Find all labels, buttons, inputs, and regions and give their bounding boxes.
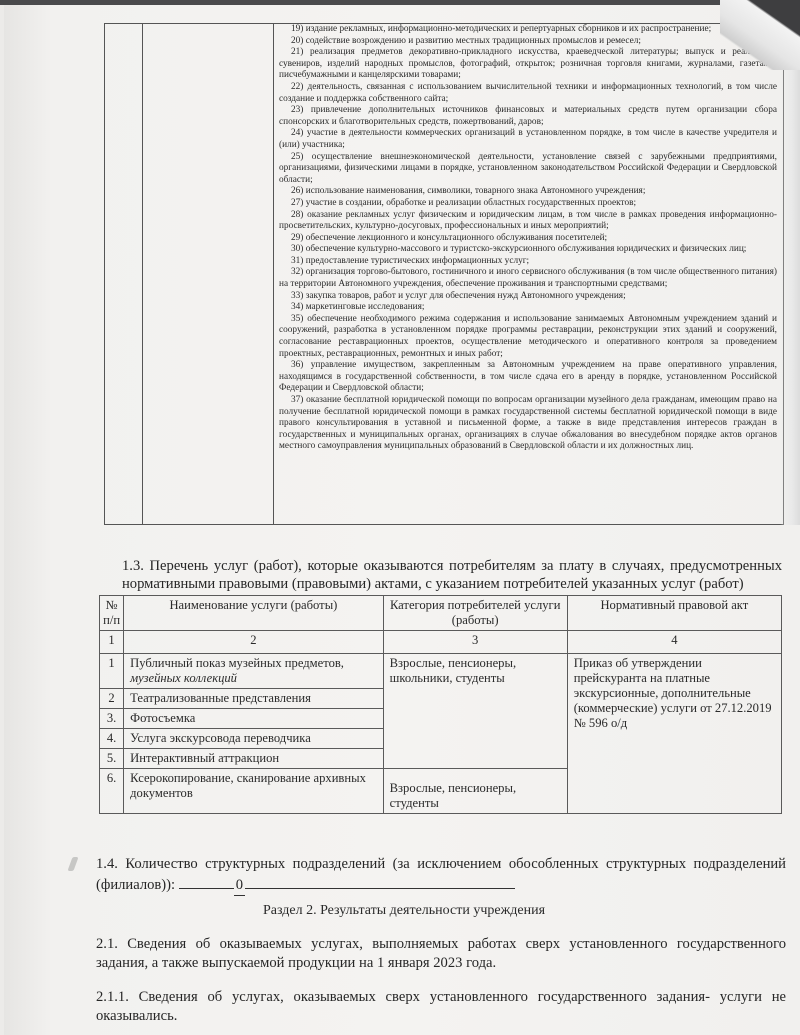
row-number: 5. <box>100 749 124 769</box>
table-index-row: 1 2 3 4 <box>100 631 782 654</box>
activity-item: 27) участие в создании, обработке и реал… <box>279 198 777 210</box>
service-name: Услуга экскурсовода переводчика <box>124 729 384 749</box>
page-edge-shadow <box>780 45 800 525</box>
section-1-4: 1.4. Количество структурных подразделени… <box>96 855 786 896</box>
section-2-title: Раздел 2. Результаты деятельности учрежд… <box>4 903 800 919</box>
activities-table-col-number <box>105 24 143 524</box>
section-1-3-heading: 1.3. Перечень услуг (работ), которые ока… <box>122 557 782 593</box>
pen-mark <box>67 857 78 871</box>
paid-services-table: № п/п Наименование услуги (работы) Катег… <box>99 595 782 814</box>
index-cell: 3 <box>383 631 567 654</box>
activity-item: 37) оказание бесплатной юридической помо… <box>279 395 777 453</box>
service-name-line: Публичный показ музейных предметов, <box>130 656 344 670</box>
activity-item: 26) использование наименования, символик… <box>279 186 777 198</box>
index-cell: 4 <box>567 631 781 654</box>
activity-item: 31) предоставление туристических информа… <box>279 256 777 268</box>
col-header-service-name: Наименование услуги (работы) <box>124 596 384 631</box>
structural-units-count: 0 <box>234 876 245 896</box>
service-name-line: музейных коллекций <box>130 671 237 685</box>
table-header-row: № п/п Наименование услуги (работы) Катег… <box>100 596 782 631</box>
activity-item: 28) оказание рекламных услуг физическим … <box>279 210 777 233</box>
row-number: 1 <box>100 654 124 689</box>
activities-table: 19) издание рекламных, информационно-мет… <box>104 23 784 525</box>
consumer-category: Взрослые, пенсионеры, студенты <box>383 769 567 814</box>
paragraph-2-1: 2.1. Сведения об оказываемых услугах, вы… <box>96 935 786 973</box>
document-page: 19) издание рекламных, информационно-мет… <box>4 5 800 1035</box>
activity-item: 22) деятельность, связанная с использова… <box>279 82 777 105</box>
activity-item: 35) обеспечение необходимого режима соде… <box>279 314 777 360</box>
activity-item: 19) издание рекламных, информационно-мет… <box>279 24 777 36</box>
activity-item: 25) осуществление внешнеэкономической де… <box>279 152 777 187</box>
service-name: Публичный показ музейных предметов,музей… <box>124 654 384 689</box>
table-row: 1 Публичный показ музейных предметов,муз… <box>100 654 782 689</box>
index-cell: 1 <box>100 631 124 654</box>
activity-item: 30) обеспечение культурно-массового и ту… <box>279 244 777 256</box>
index-cell: 2 <box>124 631 384 654</box>
underline-blank <box>179 874 234 889</box>
paragraph-2-1-1: 2.1.1. Сведения об услугах, оказываемых … <box>96 988 786 1026</box>
underline-blank <box>245 874 515 889</box>
row-number: 4. <box>100 729 124 749</box>
row-number: 3. <box>100 709 124 729</box>
col-header-legal-act: Нормативный правовой акт <box>567 596 781 631</box>
row-number: 6. <box>100 769 124 814</box>
activities-list: 19) издание рекламных, информационно-мет… <box>275 24 783 524</box>
activity-item: 20) содействие возрождению и развитию ме… <box>279 36 777 48</box>
col-header-consumer-category: Категория потребителей услуги (работы) <box>383 596 567 631</box>
activity-item: 23) привлечение дополнительных источнико… <box>279 105 777 128</box>
service-name: Театрализованные представления <box>124 689 384 709</box>
row-number: 2 <box>100 689 124 709</box>
service-name: Фотосъемка <box>124 709 384 729</box>
activity-item: 33) закупка товаров, работ и услуг для о… <box>279 291 777 303</box>
consumer-category: Взрослые, пенсионеры, школьники, студент… <box>383 654 567 769</box>
legal-act: Приказ об утверждении прейскуранта на пл… <box>567 654 781 814</box>
activities-table-col-name <box>142 24 274 524</box>
service-name: Интерактивный аттракцион <box>124 749 384 769</box>
page-curl <box>720 0 800 70</box>
service-name: Ксерокопирование, сканирование архивных … <box>124 769 384 814</box>
activity-item: 21) реализация предметов декоративно-при… <box>279 47 777 82</box>
activity-item: 32) организация торгово-бытового, гостин… <box>279 267 777 290</box>
activity-item: 36) управление имуществом, закрепленным … <box>279 360 777 395</box>
activity-item: 24) участие в деятельности коммерческих … <box>279 128 777 151</box>
col-header-number: № п/п <box>100 596 124 631</box>
activity-item: 29) обеспечение лекционного и консультац… <box>279 233 777 245</box>
activity-item: 34) маркетинговые исследования; <box>279 302 777 314</box>
